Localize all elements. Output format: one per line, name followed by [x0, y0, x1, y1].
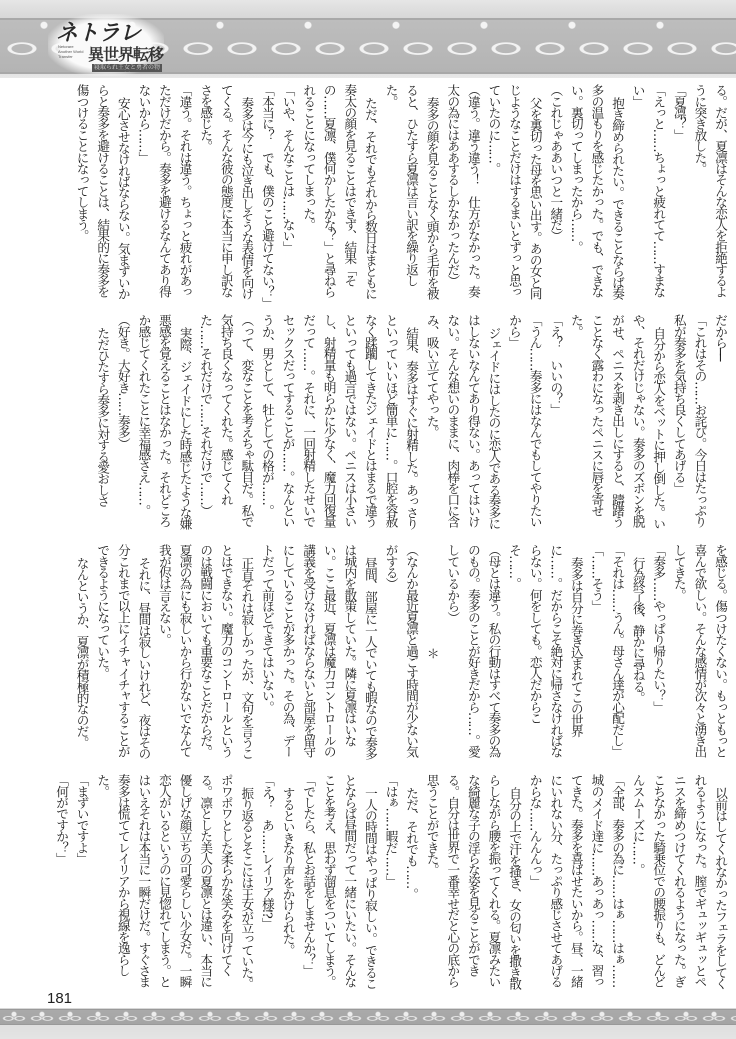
footer-ornament-border	[0, 1009, 736, 1025]
paragraph: 「違う。それは違う。ちょっと疲れがあっただけだから。奏多を避けるなんてあり得ない…	[133, 84, 195, 302]
paragraph: それに、昼間は寂しいけれど、夜はその分これまで以上にイチャイチャすることができる…	[92, 544, 154, 762]
paragraph: ただひたすら奏多に対する愛おしさ	[92, 314, 113, 532]
text-tier-4: 以前はしてくれなかったフェラをしてくれるようになった。膣でギュッギュッとペニスを…	[18, 774, 730, 992]
paragraph: 「え？ いいの？」	[545, 314, 566, 532]
paragraph: （違う。違う違う！ 仕方がなかった。奏太の為にはああするしかなかったんだ）	[442, 84, 483, 302]
section-break: ＊	[421, 544, 442, 762]
paragraph: 「それは……うん。母さん達が心配だし」	[606, 544, 627, 762]
paragraph: 昼間、部屋に一人でいても暇なので奏多は城内を散策していた。隣に夏凛はいない。ここ…	[256, 544, 380, 762]
logo-tagline: 寝取られ王女と勇者の物語	[92, 64, 162, 72]
paragraph: 結果、奏多はすぐに射精した。あっさりといっていいほど簡単に……。口腔を容赦なく蹂…	[256, 314, 421, 532]
paragraph: 「えっと……ちょっと疲れてて……すまない」	[627, 84, 668, 302]
paragraph: 「夏凛？」	[668, 84, 689, 302]
paragraph: 「はぁ……暇だ……」	[380, 774, 401, 992]
paragraph: 「本当に？ でも、僕のこと避けてない？」	[256, 84, 277, 302]
paragraph: 行為終了後、静かに尋ねる。	[627, 544, 648, 762]
paragraph: 以前はしてくれなかったフェラをしてくれるようになった。膣でギュッギュッとペニスを…	[627, 774, 730, 992]
paragraph: 「奏多……やっぱり帰りたい？」	[648, 544, 669, 762]
paragraph: なんというか、夏凛が積極的なのだ。	[71, 544, 92, 762]
paragraph: 「え？ あ……レイリア様!?」	[256, 774, 277, 992]
paragraph: 「全部、奏多の為に……はぁ……はぁ……城のメイド達に……あっあっ……な、習ってき…	[524, 774, 627, 992]
paragraph: ただ、それでもそれから数日はまともに奏太の顔を見ることはできず、結果「その……夏…	[298, 84, 380, 302]
paragraph: 「これはその……お詫び。今日はたっぷり私が奏多を気持ち良くしてあげる」	[668, 314, 709, 532]
paragraph: 「何がですか？」	[50, 774, 71, 992]
logo-english-subtitle: Netorare Another World Transfer	[58, 44, 88, 59]
paragraph: 「まずいですよ」	[71, 774, 92, 992]
logo-subtitle: 異世界転移	[88, 42, 163, 65]
paragraph: 「でしたら、私とお話をしませんか？」	[298, 774, 319, 992]
paragraph: （なんか最近夏凛と過ごす時間が少ない気がする）	[380, 544, 421, 762]
paragraph: 奏多の顔を見ることなく頭から毛布を被ると、ひたすら夏凛は言い訳を繰り返した。	[380, 84, 442, 302]
paragraph: ジェイドにはしたのに恋人である奏多にはしないなんてあり得ない。あってはいけない。…	[421, 314, 503, 532]
paragraph: 奏多は自分に巻き込まれてこの世界に……。だからこそ絶対に帰さなければならない。何…	[503, 544, 585, 762]
paragraph: 「いや、そんなことは……ない」	[277, 84, 298, 302]
paragraph: 奏多は今にも泣き出しそうな表情を向けてくる。そんな彼の態度に本当に申し訳なさを感…	[195, 84, 257, 302]
paragraph: 抱き締められたい。できることならば奏多の温もりを感じたかった。でも、できない。裏…	[565, 84, 627, 302]
paragraph: 実際、ジェイドにした時感じたような嫌悪感を覚えることはなかった。それどころか感じ…	[133, 314, 195, 532]
paragraph: 父を裏切った母を思い出す。あの女と同じようなことだけはするまいとずっと思っていた…	[483, 84, 545, 302]
paragraph: 安心させなければならない。気まずいからと奏多を避けることは、結果的に奏多を傷つけ…	[71, 84, 133, 302]
paragraph: だから──	[709, 314, 730, 532]
paragraph: するといきなり声をかけられた。	[277, 774, 298, 992]
paragraph: （好き。大好き……奏多）	[112, 314, 133, 532]
paragraph: を感じる。傷つけたくない。もっともっと喜んで欲しい。そんな感情が次々と湧き出して…	[668, 544, 730, 762]
paragraph: 自分から恋人をベットに押し倒した。いや、それだけじゃない。奏多のズボンを脱がせ、…	[565, 314, 668, 532]
text-tier-3: を感じる。傷つけたくない。もっともっと喜んで欲しい。そんな感情が次々と湧き出して…	[18, 544, 730, 762]
paragraph: 一人の時間はやっぱり寂しい。できることならば昼間だって一緒にいたい。そんなことを…	[318, 774, 380, 992]
paragraph: 「うん……奏多にはなんでもしてやりたいから」	[503, 314, 544, 532]
paragraph: る。だが、夏凛はそんな恋人を拒絶するように突き放した。	[689, 84, 730, 302]
text-tier-1: る。だが、夏凛はそんな恋人を拒絶するように突き放した。「夏凛？」「えっと……ちょ…	[18, 84, 730, 302]
paragraph: 正直それは寂しかったが、文句を言うことはできない。魔力のコントロールというのは戦…	[153, 544, 256, 762]
text-tier-2: だから──「これはその……お詫び。今日はたっぷり私が奏多を気持ち良くしてあげる」…	[18, 314, 730, 532]
paragraph: ただ、それでも……。	[401, 774, 422, 992]
paragraph: （これじゃああいつと一緒だ）	[545, 84, 566, 302]
paragraph: （母とは違う。私の行動はすべて奏多の為のもの。奏多のことが好きだから……。愛して…	[442, 544, 504, 762]
paragraph: 「……そう」	[586, 544, 607, 762]
page-number: 181	[47, 990, 72, 1007]
paragraph: （って、変なことを考えちゃ駄目だ。私で気持ち良くなってくれた。感じてくれた……そ…	[195, 314, 257, 532]
paragraph: 自分の上で汗を掻き、女の匂いを撒き散らしながら腰を振ってくれる。夏凛みたいな綺麗…	[421, 774, 524, 992]
paragraph: 振り返るとそこには王女が立っていた。ポワポワとした柔らかな笑みを向けてくる。凛と…	[92, 774, 257, 992]
book-logo: ネトラレ Netorare Another World Transfer 異世界…	[48, 14, 164, 76]
